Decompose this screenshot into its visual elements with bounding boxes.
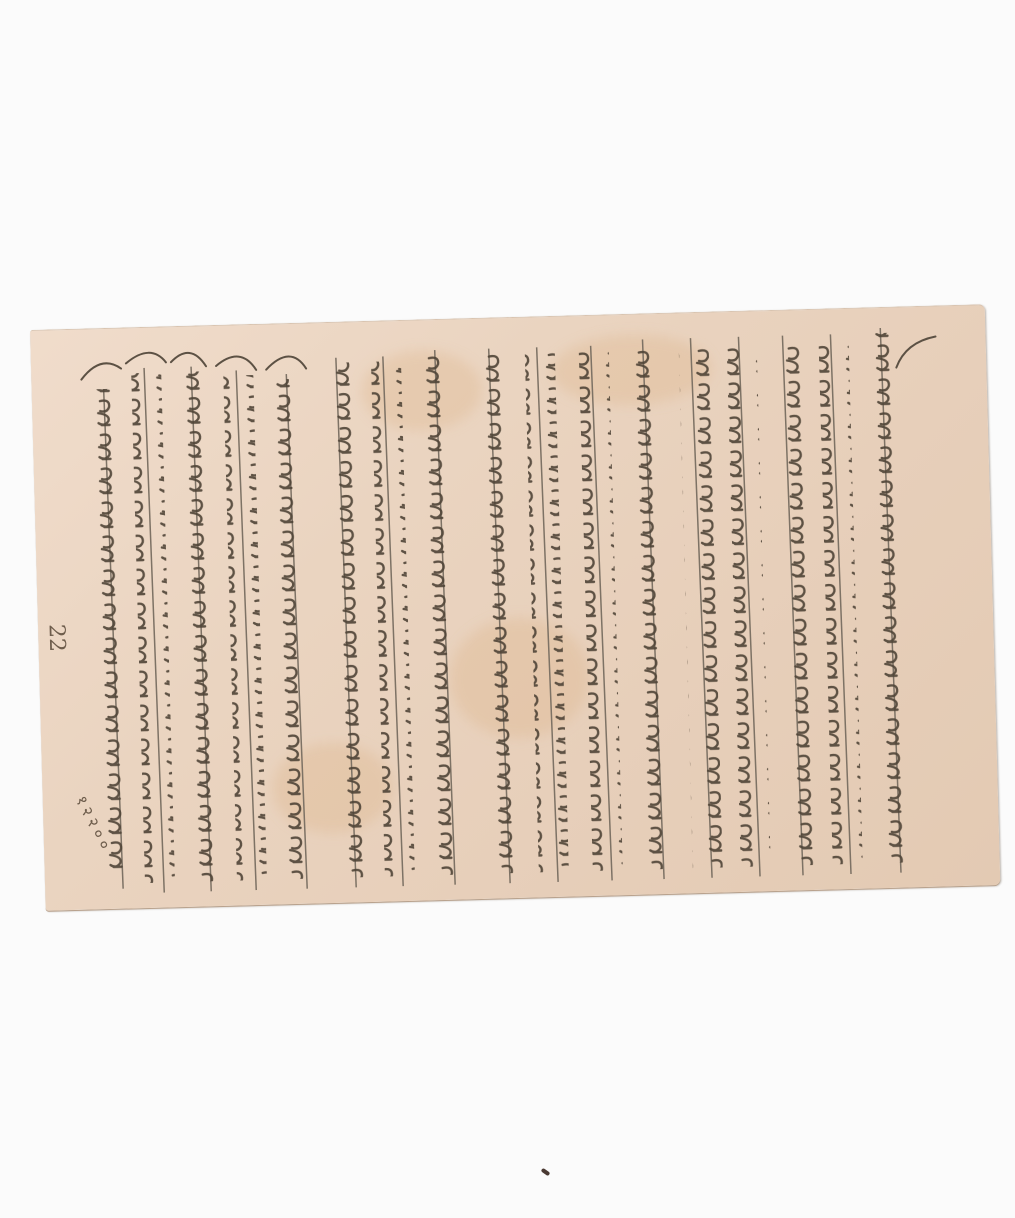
postcard: 22 १२२००	[30, 304, 1000, 911]
handwriting-columns	[30, 305, 1000, 911]
document-description: handwritten postcard (reverse side, scan…	[0, 0, 1, 1]
page-number-mark: 22	[43, 624, 69, 653]
dust-speck	[541, 1168, 551, 1176]
